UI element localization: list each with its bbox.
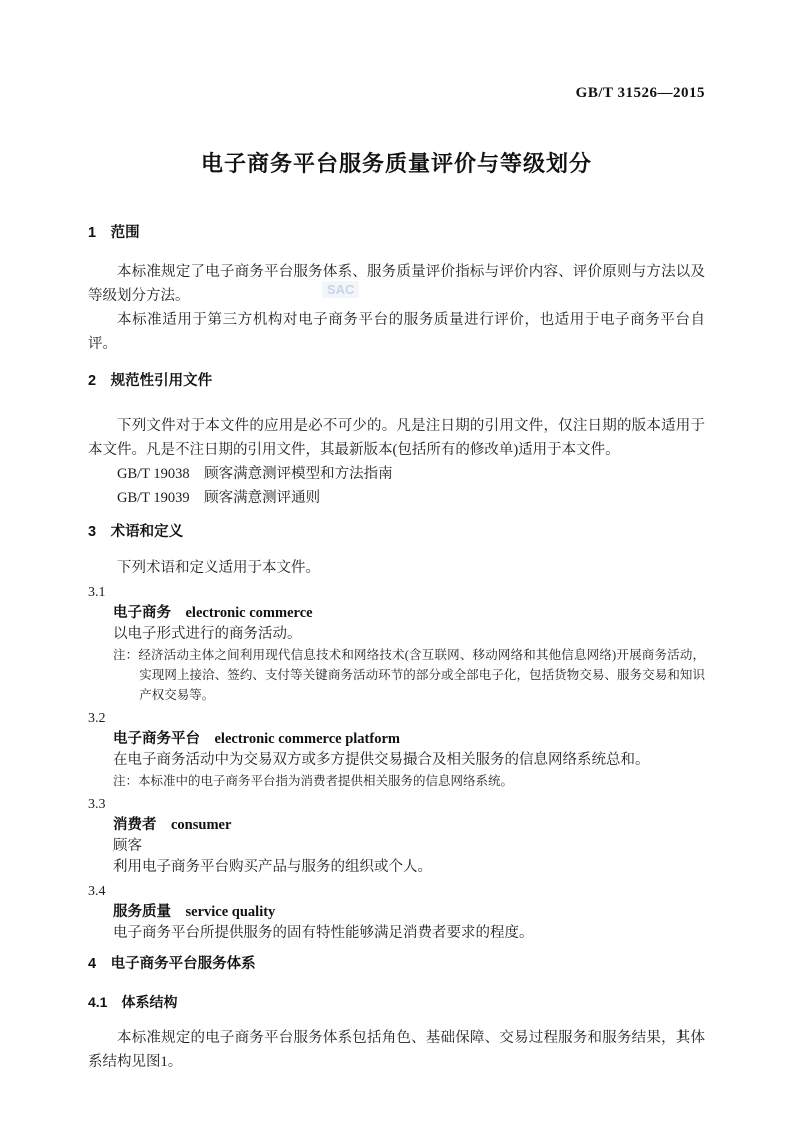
term-name: 电子商务 electronic commerce xyxy=(113,603,705,624)
term-number: 3.1 xyxy=(88,582,705,603)
term-definition: 电子商务平台所提供服务的固有特性能够满足消费者要求的程度。 xyxy=(113,923,705,944)
term-name: 电子商务平台 electronic commerce platform xyxy=(113,729,705,750)
scope-paragraph-2: 本标准适用于第三方机构对电子商务平台的服务质量进行评价，也适用于电子商务平台自评… xyxy=(88,308,705,356)
subsection-4-1-heading: 4.1 体系结构 xyxy=(88,994,705,1011)
service-system-paragraph: 本标准规定的电子商务平台服务体系包括角色、基础保障、交易过程服务和服务结果，其体… xyxy=(88,1026,705,1074)
section-4-heading: 4 电子商务平台服务体系 xyxy=(88,956,705,973)
term-number: 3.2 xyxy=(88,708,705,729)
page-number: 1 xyxy=(678,1026,685,1041)
term-entry-3-4: 3.4 服务质量 service quality 电子商务平台所提供服务的固有特… xyxy=(88,881,705,944)
document-title: 电子商务平台服务质量评价与等级划分 xyxy=(88,148,705,180)
term-definition: 以电子形式进行的商务活动。 xyxy=(113,624,705,645)
section-2-heading: 2 规范性引用文件 xyxy=(88,373,705,390)
term-number: 3.3 xyxy=(88,794,705,815)
term-note: 注：经济活动主体之间利用现代信息技术和网络技术(含互联网、移动网络和其他信息网络… xyxy=(113,645,705,705)
term-name: 消费者 consumer xyxy=(113,815,705,836)
scope-paragraph-1: 本标准规定了电子商务平台服务体系、服务质量评价指标与评价内容、评价原则与方法以及… xyxy=(88,260,705,308)
term-entry-3-2: 3.2 电子商务平台 electronic commerce platform … xyxy=(88,708,705,791)
term-entry-3-3: 3.3 消费者 consumer 顾客 利用电子商务平台购买产品与服务的组织或个… xyxy=(88,794,705,878)
normative-refs-paragraph: 下列文件对于本文件的应用是必不可少的。凡是注日期的引用文件，仅注日期的版本适用于… xyxy=(88,414,705,462)
term-alias: 顾客 xyxy=(113,836,705,857)
term-definition: 利用电子商务平台购买产品与服务的组织或个人。 xyxy=(113,857,705,878)
section-1-heading: 1 范围 xyxy=(88,225,705,242)
standard-number: GB/T 31526—2015 xyxy=(88,86,705,101)
term-number: 3.4 xyxy=(88,881,705,902)
reference-item-gbt19038: GB/T 19038 顾客满意测评模型和方法指南 xyxy=(117,462,705,486)
document-page: SAC GB/T 31526—2015 电子商务平台服务质量评价与等级划分 1 … xyxy=(0,0,794,1123)
term-name: 服务质量 service quality xyxy=(113,902,705,923)
term-entry-3-1: 3.1 电子商务 electronic commerce 以电子形式进行的商务活… xyxy=(88,582,705,705)
section-3-heading: 3 术语和定义 xyxy=(88,524,705,541)
terms-intro: 下列术语和定义适用于本文件。 xyxy=(88,557,705,579)
term-note: 注：本标准中的电子商务平台指为消费者提供相关服务的信息网络系统。 xyxy=(113,771,705,791)
term-definition: 在电子商务活动中为交易双方或多方提供交易撮合及相关服务的信息网络系统总和。 xyxy=(113,750,705,771)
reference-item-gbt19039: GB/T 19039 顾客满意测评通则 xyxy=(117,486,705,510)
